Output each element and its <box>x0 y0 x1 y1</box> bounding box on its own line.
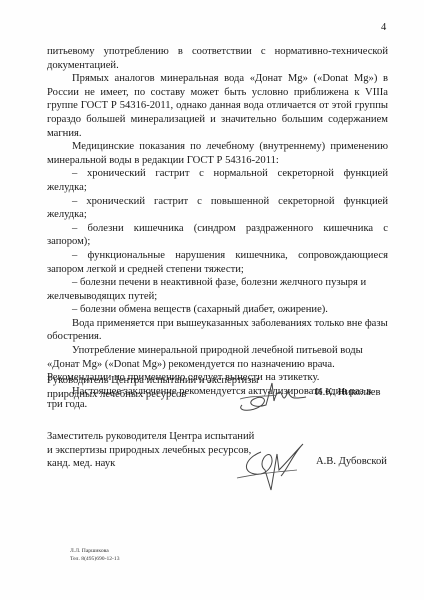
title-line: Заместитель руководителя Центра испытани… <box>47 430 254 444</box>
title-line: природных лечебных ресурсов <box>47 388 258 402</box>
list-item: – хронический гастрит с повышенной секре… <box>47 195 388 222</box>
footnote: Л.Л. Паршикова Тел. 8(495)690-12-13 <box>70 547 120 563</box>
signatory-title-2: Заместитель руководителя Центра испытани… <box>47 430 254 471</box>
paragraph: Медицинские показания по лечебному (внут… <box>47 140 388 167</box>
signatory-name: И.К. Николаев <box>315 387 380 398</box>
title-line: Руководитель Центра испытаний и эксперти… <box>47 374 258 388</box>
paragraph: Вода применяется при вышеуказанных забол… <box>47 317 388 344</box>
page-number: 4 <box>381 22 386 33</box>
document-page: 4 питьевому употреблению в соответствии … <box>0 0 424 600</box>
list-item: – функциональные нарушения кишечника, со… <box>47 249 388 276</box>
signatory-title-1: Руководитель Центра испытаний и эксперти… <box>47 374 258 401</box>
signature-nikolaev-icon <box>232 375 312 415</box>
list-item: – болезни кишечника (синдром раздраженно… <box>47 222 388 249</box>
list-item: – болезни печени в неактивной фазе, боле… <box>47 276 388 303</box>
list-item: – хронический гастрит с нормальной секре… <box>47 167 388 194</box>
footnote-author: Л.Л. Паршикова <box>70 547 120 555</box>
title-line: и экспертизы природных лечебных ресурсов… <box>47 444 254 458</box>
signatory-name: А.В. Дубовской <box>316 456 387 467</box>
paragraph: питьевому употреблению в соответствии с … <box>47 45 388 72</box>
indications-list: – хронический гастрит с нормальной секре… <box>47 167 388 317</box>
footnote-phone: Тел. 8(495)690-12-13 <box>70 555 120 563</box>
list-item: – болезни обмена веществ (сахарный диабе… <box>47 303 388 317</box>
document-body: питьевому употреблению в соответствии с … <box>47 45 388 412</box>
paragraph: Прямых аналогов минеральная вода «Донат … <box>47 72 388 140</box>
signature-dubovskoy-icon <box>235 440 315 495</box>
title-line: канд. мед. наук <box>47 457 254 471</box>
